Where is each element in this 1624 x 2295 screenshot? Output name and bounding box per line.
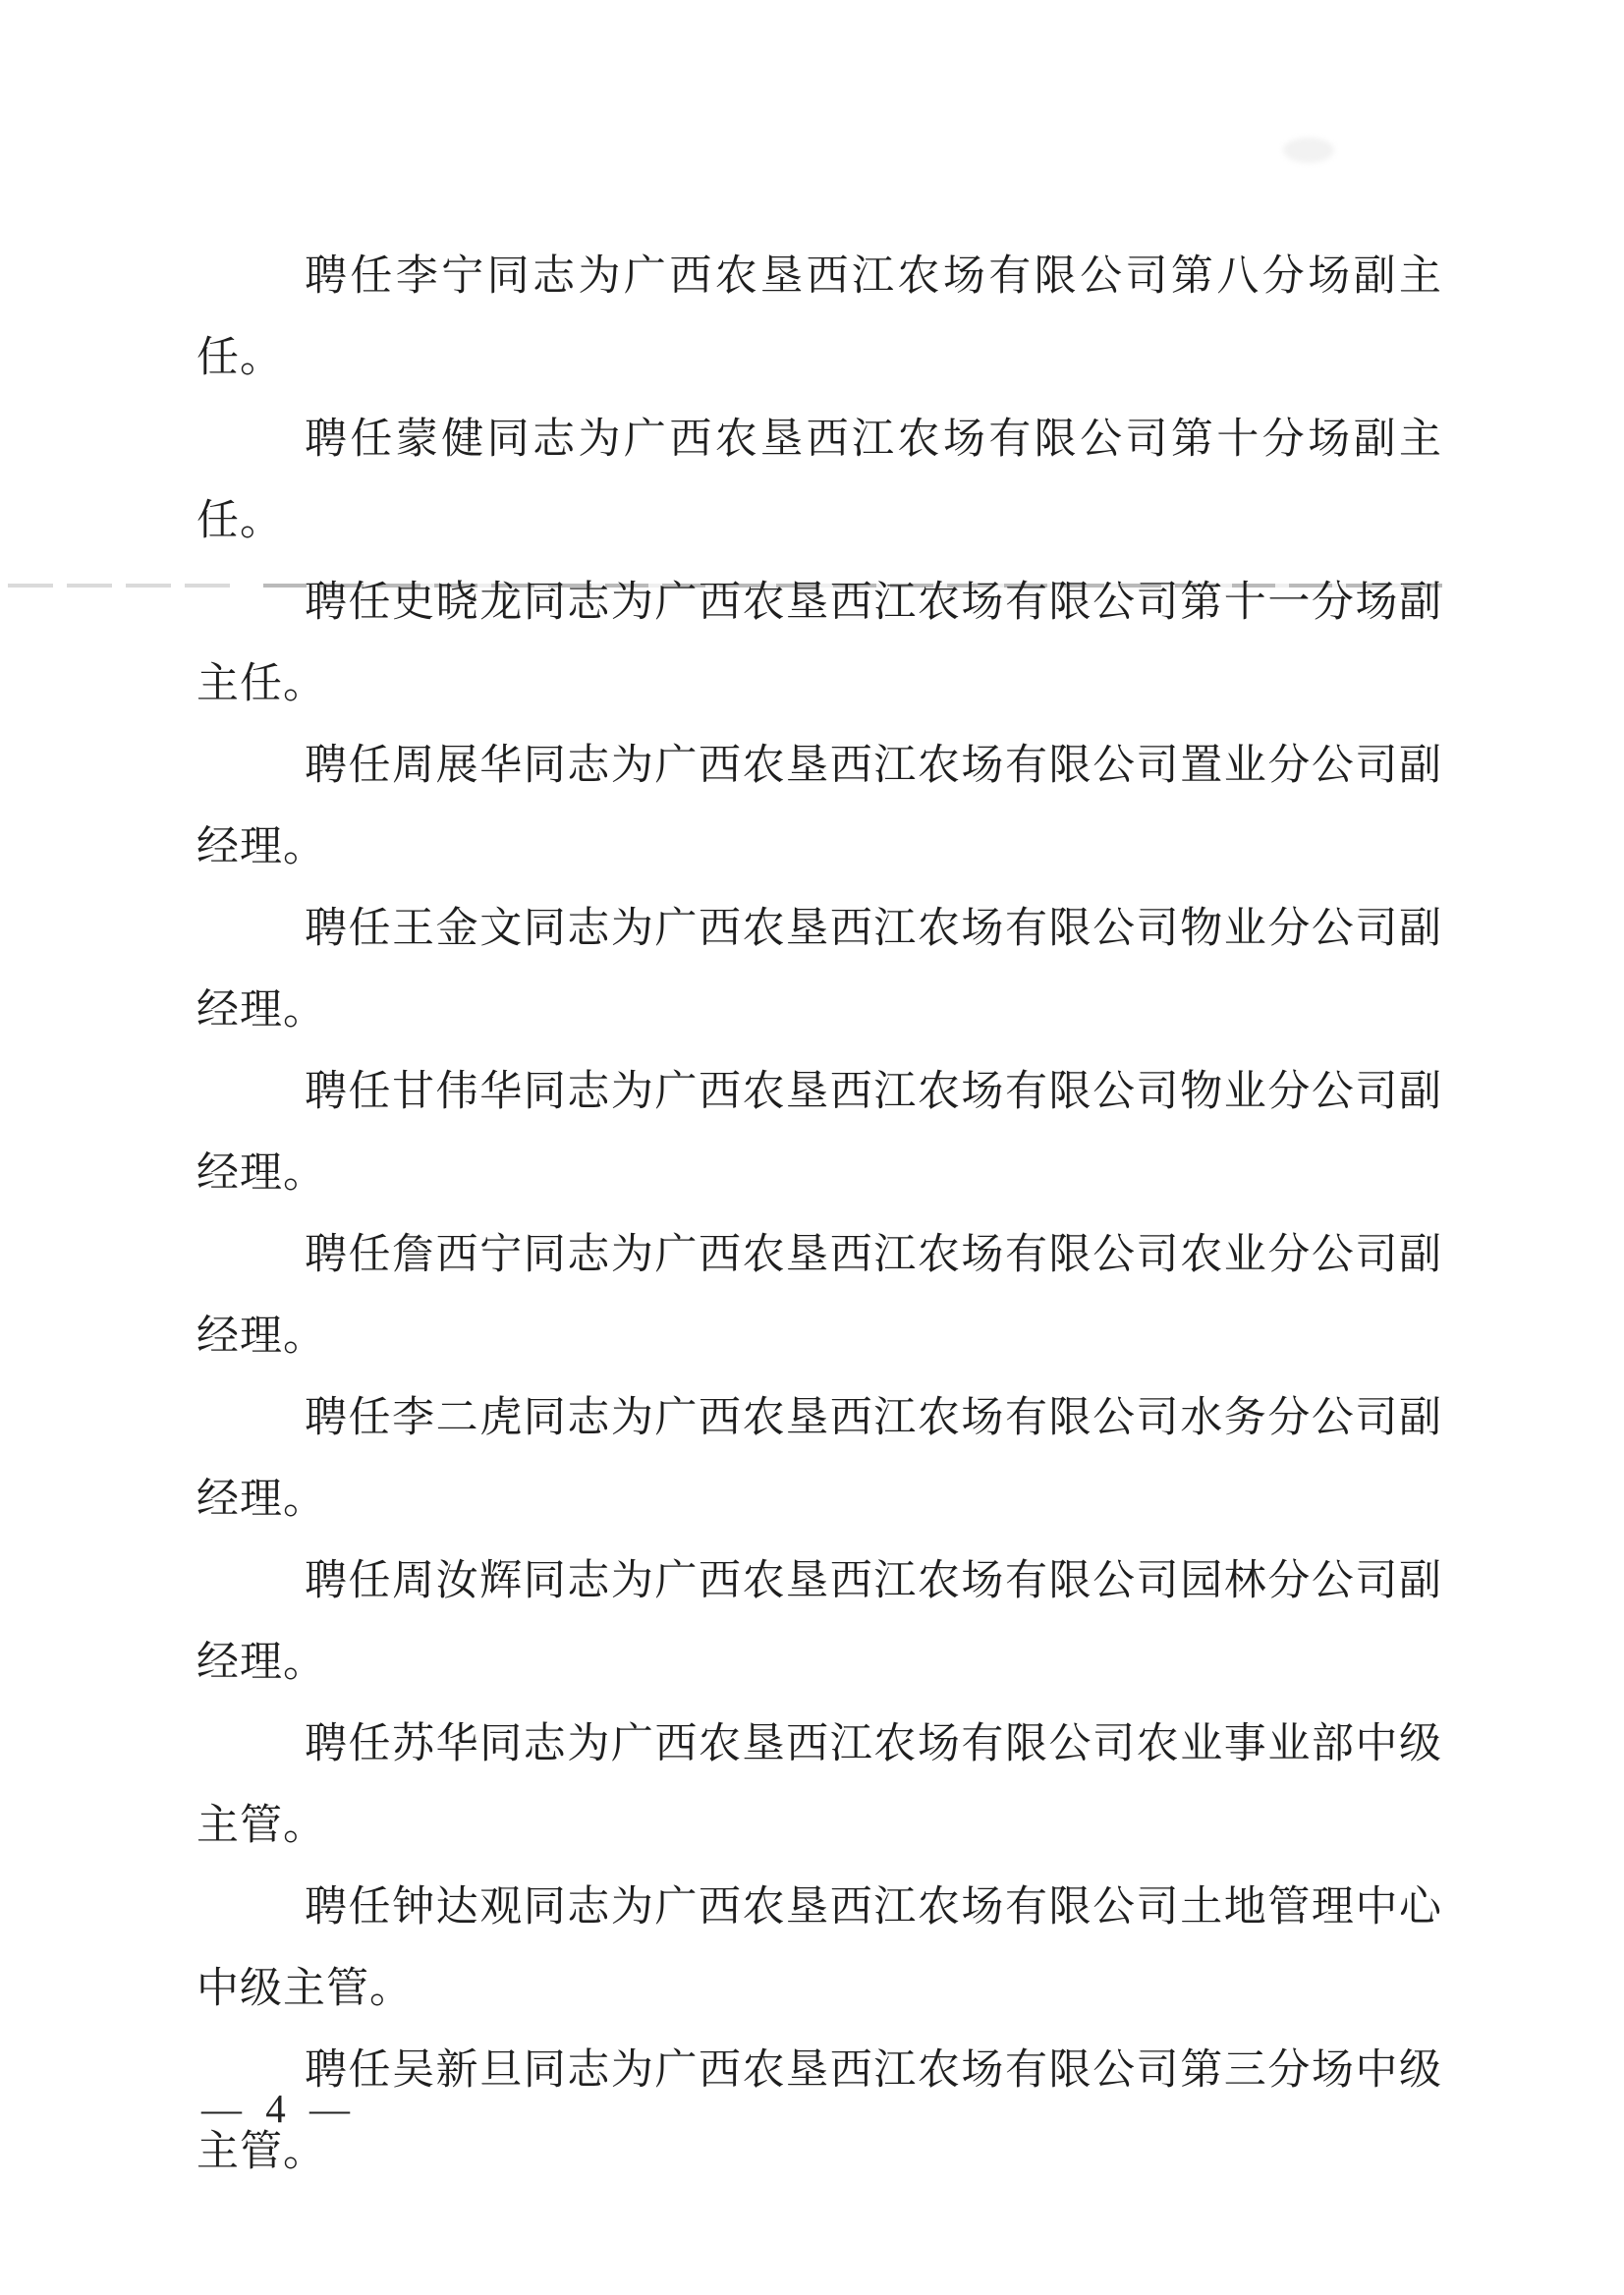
page-number: — 4 —: [201, 2085, 357, 2132]
document-page: 聘任李宁同志为广西农垦西江农场有限公司第八分场副主任。 聘任蒙健同志为广西农垦西…: [0, 0, 1624, 2295]
document-paragraph: 聘任甘伟华同志为广西农垦西江农场有限公司物业分公司副经理。: [196, 1051, 1442, 1214]
scan-smudge-artifact: [1283, 138, 1334, 163]
document-paragraph: 聘任王金文同志为广西农垦西江农场有限公司物业分公司副经理。: [196, 888, 1442, 1051]
document-paragraph: 聘任蒙健同志为广西农垦西江农场有限公司第十分场副主任。: [196, 399, 1442, 562]
document-paragraph: 聘任钟达观同志为广西农垦西江农场有限公司土地管理中心中级主管。: [196, 1867, 1442, 2030]
document-paragraph: 聘任周汝辉同志为广西农垦西江农场有限公司园林分公司副经理。: [196, 1540, 1442, 1704]
document-paragraph: 聘任苏华同志为广西农垦西江农场有限公司农业事业部中级主管。: [196, 1704, 1442, 1867]
document-paragraph: 聘任詹西宁同志为广西农垦西江农场有限公司农业分公司副经理。: [196, 1214, 1442, 1377]
document-paragraph: 聘任史晓龙同志为广西农垦西江农场有限公司第十一分场副主任。: [196, 562, 1442, 725]
document-paragraph: 聘任李宁同志为广西农垦西江农场有限公司第八分场副主任。: [196, 236, 1442, 399]
document-paragraph: 聘任李二虎同志为广西农垦西江农场有限公司水务分公司副经理。: [196, 1377, 1442, 1540]
document-body: 聘任李宁同志为广西农垦西江农场有限公司第八分场副主任。 聘任蒙健同志为广西农垦西…: [196, 236, 1442, 2193]
document-paragraph: 聘任吴新旦同志为广西农垦西江农场有限公司第三分场中级主管。: [196, 2030, 1442, 2193]
document-paragraph: 聘任周展华同志为广西农垦西江农场有限公司置业分公司副经理。: [196, 725, 1442, 888]
